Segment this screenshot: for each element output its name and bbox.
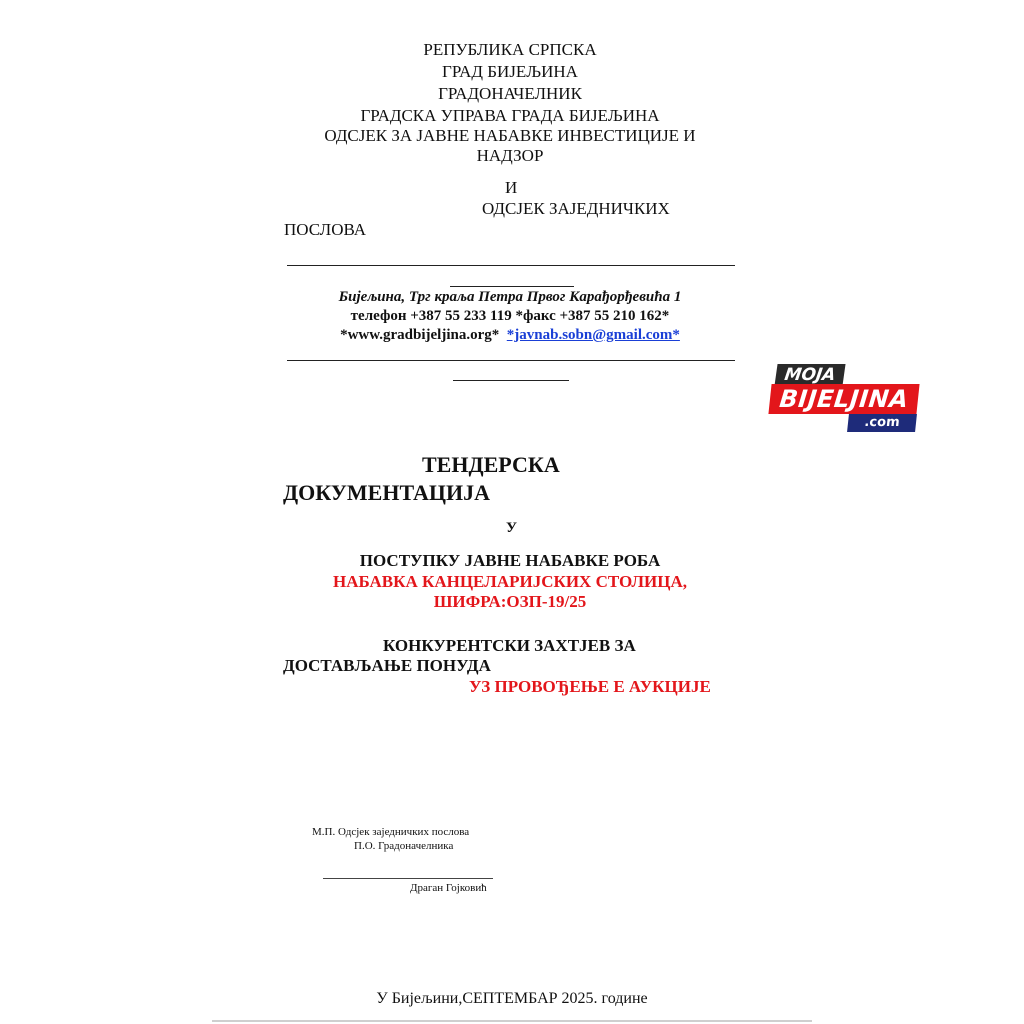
place-and-date: У Бијељини,СЕПТЕМБАР 2025. године	[212, 989, 812, 1008]
header-dept2-line1: ОДСЈЕК ЗАЈЕДНИЧКИХ	[482, 199, 670, 219]
moja-bijeljina-logo: MOJA BIJELJINA .com	[770, 362, 920, 434]
header-mayor: ГРАДОНАЧЕЛНИК	[280, 84, 740, 104]
header-dept2-line2: ПОСЛОВА	[284, 220, 366, 240]
signature-line1: М.П. Одсјек заједничких послова	[312, 825, 469, 839]
header-department-cont: НАДЗОР	[280, 146, 740, 166]
request-line2: ДОСТАВЉАЊЕ ПОНУДА	[283, 656, 491, 676]
procurement-code: ШИФРА:ОЗП-19/25	[280, 592, 740, 612]
contact-phone-fax: телефон +387 55 233 119 *факс +387 55 21…	[280, 307, 740, 326]
divider	[287, 360, 735, 361]
procedure-type: ПОСТУПКУ ЈАВНЕ НАБАВКЕ РОБА	[280, 551, 740, 571]
signatory-name: Драган Гојковић	[410, 881, 487, 895]
contact-web-email: *www.gradbijeljina.org* *javnab.sobn@gma…	[280, 326, 740, 345]
procurement-subject: НАБАВКА КАНЦЕЛАРИЈСКИХ СТОЛИЦА,	[280, 572, 740, 592]
page-bottom-divider	[212, 1020, 812, 1022]
divider-short	[453, 380, 569, 381]
auction-note: УЗ ПРОВОЂЕЊЕ Е АУКЦИЈЕ	[469, 677, 711, 697]
request-line1: КОНКУРЕНТСКИ ЗАХТЈЕВ ЗА	[383, 636, 636, 656]
divider-short	[450, 286, 574, 287]
website-link[interactable]: *www.gradbijeljina.org*	[340, 327, 499, 343]
contact-address: Бијељина, Трг краља Петра Првог Карађорђ…	[280, 288, 740, 307]
logo-moja: MOJA	[774, 364, 845, 386]
logo-bijeljina: BIJELJINA	[768, 384, 919, 414]
header-and: И	[505, 178, 517, 198]
title-line3: У	[506, 519, 517, 537]
header-city: ГРАД БИЈЕЉИНА	[280, 62, 740, 82]
title-line1: ТЕНДЕРСКА	[422, 452, 560, 478]
signature-line2: П.О. Градоначелника	[354, 839, 453, 853]
email-link[interactable]: *javnab.sobn@gmail.com*	[507, 327, 680, 343]
signature-line	[323, 878, 493, 879]
header-republic: РЕПУБЛИКА СРПСКА	[280, 40, 740, 60]
header-administration: ГРАДСКА УПРАВА ГРАДА БИЈЕЉИНА	[280, 106, 740, 126]
title-line2: ДОКУМЕНТАЦИЈА	[283, 480, 490, 506]
divider	[287, 265, 735, 266]
header-department: ОДСЈЕК ЗА ЈАВНЕ НАБАВКЕ ИНВЕСТИЦИЈЕ И	[280, 126, 740, 146]
logo-com: .com	[847, 414, 917, 432]
